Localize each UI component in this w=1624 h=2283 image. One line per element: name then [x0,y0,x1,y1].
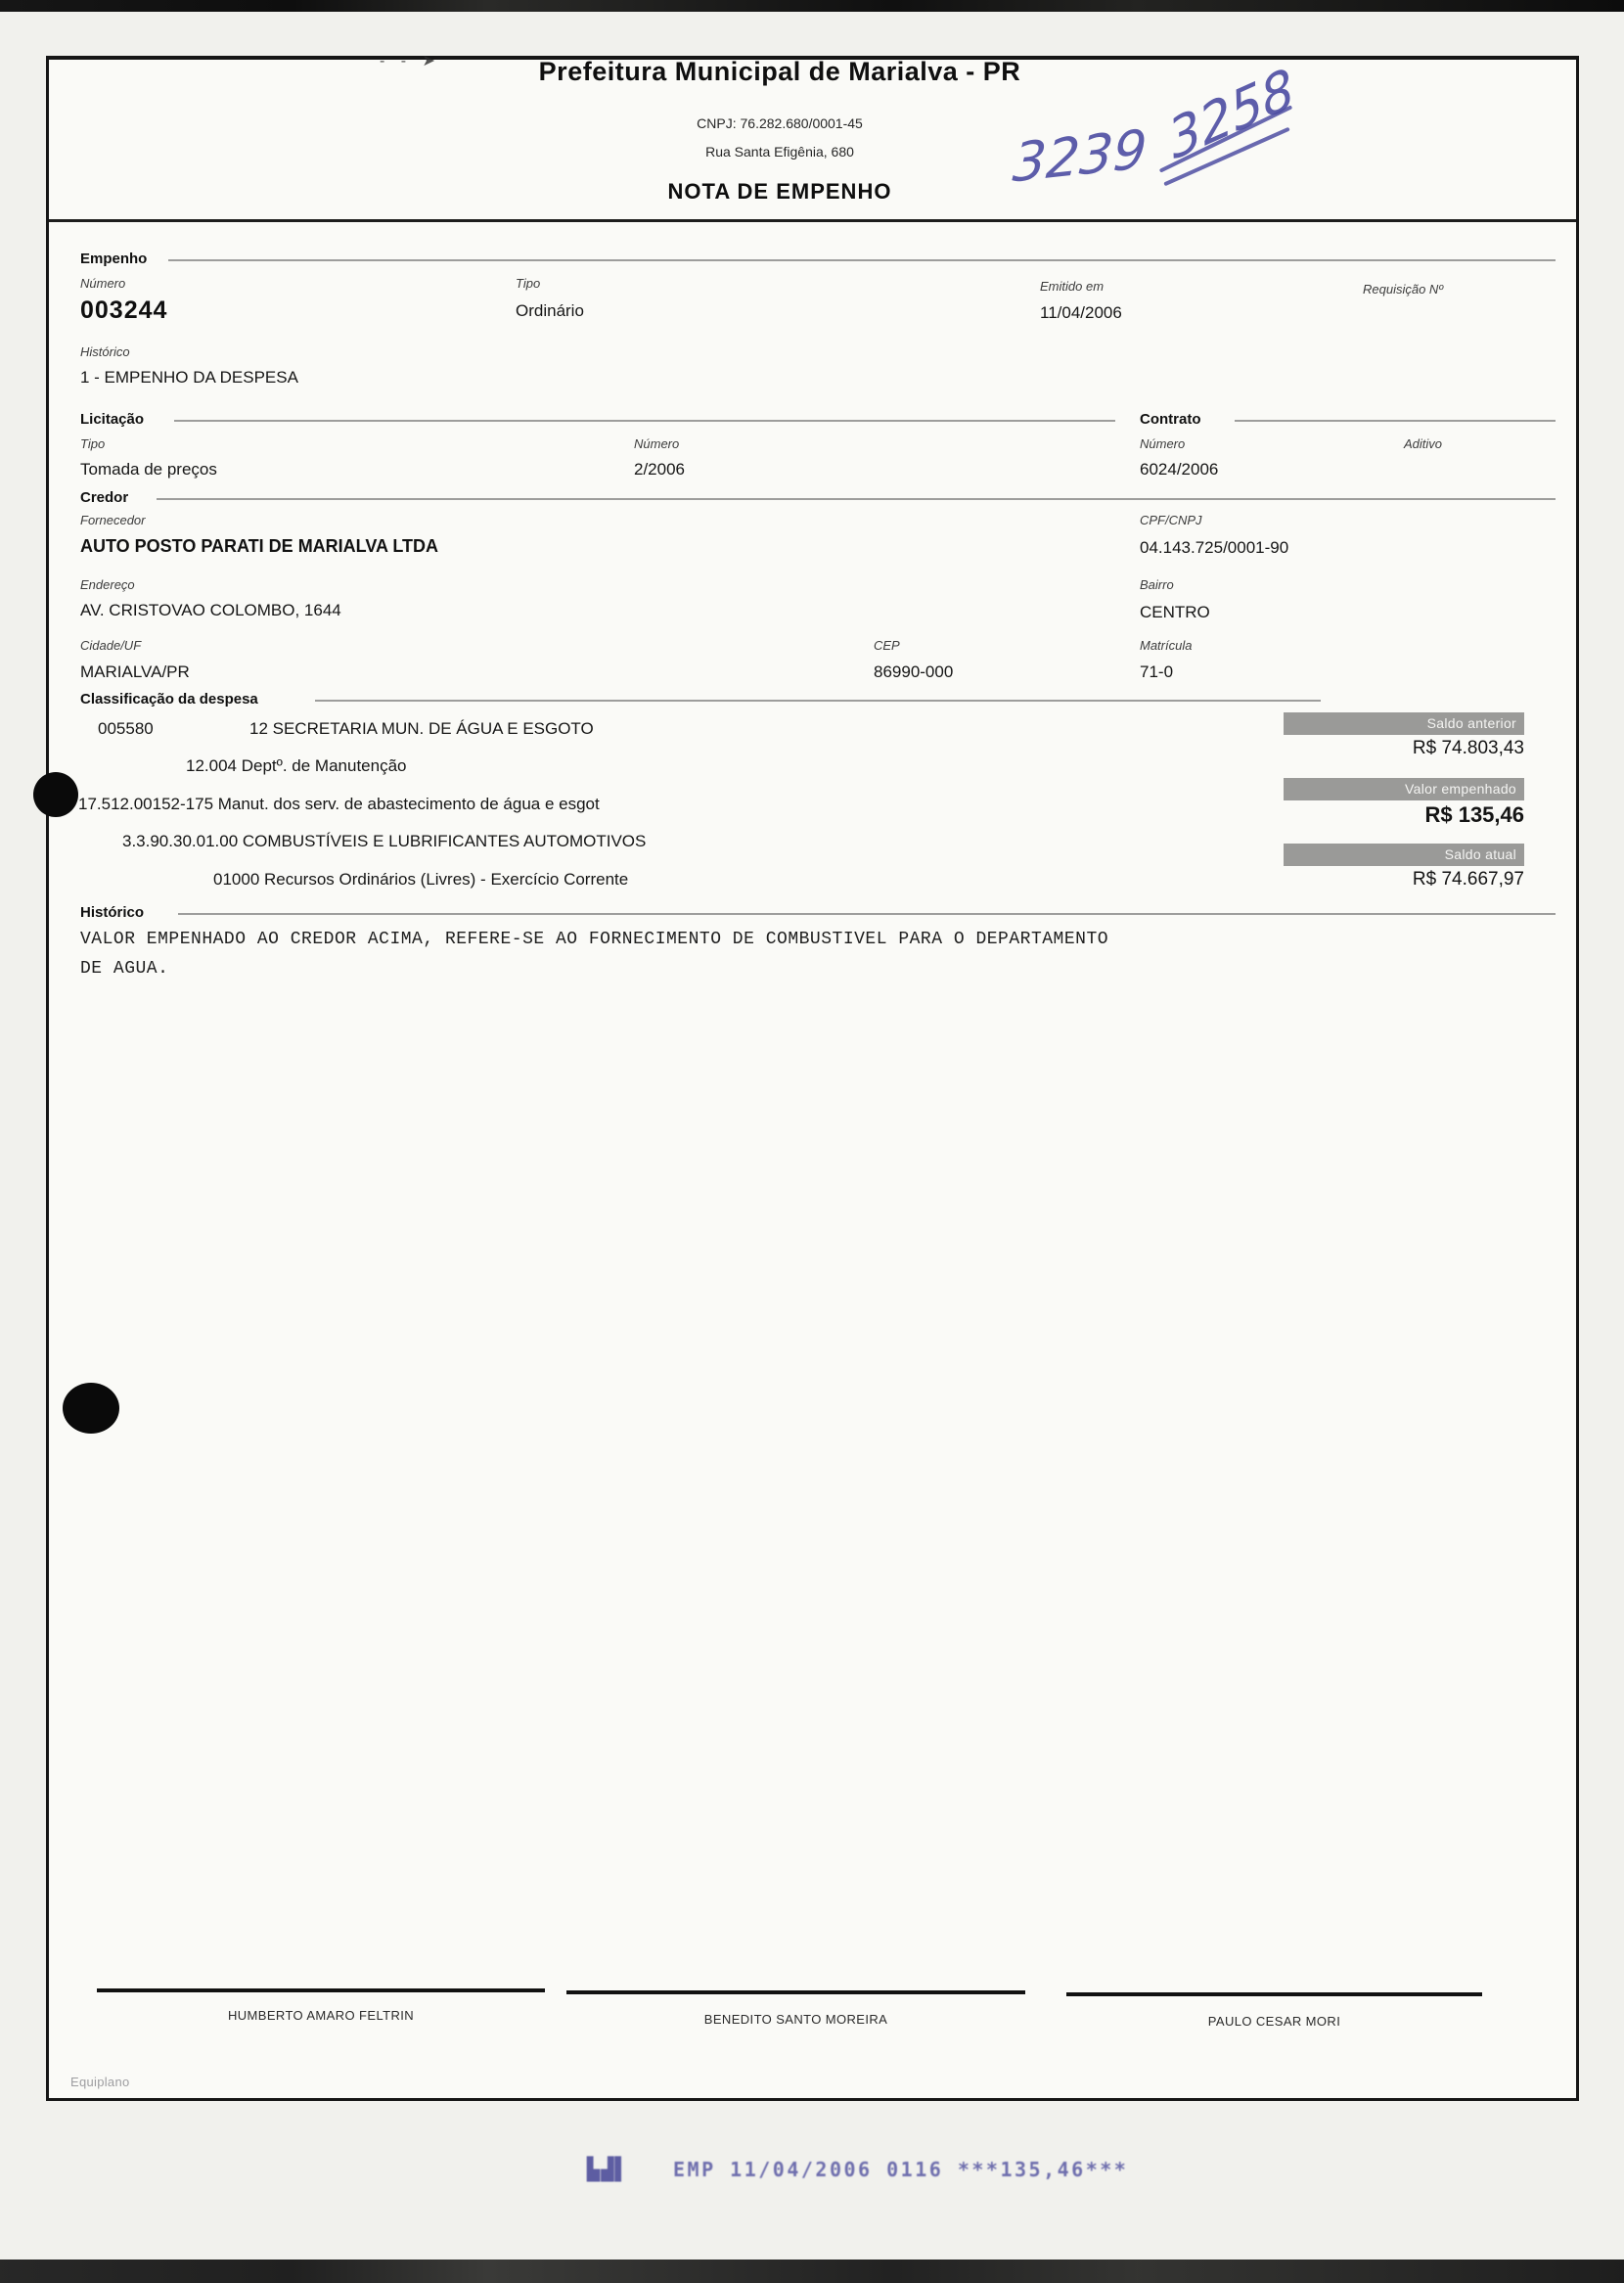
scan-edge-top [0,0,1624,12]
licitacao-tipo-value: Tomada de preços [80,460,217,479]
section-contrato: Contrato [1140,411,1201,428]
credor-matricula-label: Matrícula [1140,638,1192,653]
signature-line [97,1988,545,1992]
section-licitacao: Licitação [80,411,144,428]
punch-hole [63,1383,119,1434]
credor-endereco-value: AV. CRISTOVAO COLOMBO, 1644 [80,601,341,620]
credor-cidade-value: MARIALVA/PR [80,662,190,682]
document-type-title: NOTA DE EMPENHO [46,179,1513,205]
signature-name: PAULO CESAR MORI [1066,2014,1482,2029]
empenho-emitido-value: 11/04/2006 [1040,303,1122,323]
validation-stamp-text: EMP 11/04/2006 0116 ***135,46*** [673,2158,1128,2181]
contrato-numero-value: 6024/2006 [1140,460,1218,479]
section-historico: Histórico [80,904,144,921]
section-divider [178,913,1556,915]
classificacao-row: 12 SECRETARIA MUN. DE ÁGUA E ESGOTO [249,719,594,739]
signature-name: BENEDITO SANTO MOREIRA [566,2012,1025,2027]
software-vendor-label: Equiplano [70,2075,130,2089]
stamp-logo: ▙▟▌ [587,2158,629,2182]
licitacao-numero-value: 2/2006 [634,460,685,479]
saldo-atual-value: R$ 74.667,97 [1231,869,1524,890]
header-divider [49,219,1576,222]
credor-cep-label: CEP [874,638,900,653]
credor-cep-value: 86990-000 [874,662,953,682]
classificacao-row: 12.004 Deptº. de Manutenção [186,756,406,776]
document-border [46,56,1579,2101]
section-empenho: Empenho [80,251,147,267]
empenho-requisicao-label: Requisição Nº [1363,282,1443,297]
page-title: Prefeitura Municipal de Marialva - PR [46,57,1513,87]
empenho-historico-value: 1 - EMPENHO DA DESPESA [80,368,298,388]
section-divider [315,700,1321,702]
credor-cidade-label: Cidade/UF [80,638,141,653]
section-classificacao: Classificação da despesa [80,691,258,708]
empenho-historico-label: Histórico [80,344,130,359]
scan-edge-bottom [0,2260,1624,2283]
credor-endereco-label: Endereço [80,577,135,592]
licitacao-numero-label: Número [634,436,679,451]
contrato-aditivo-label: Aditivo [1404,436,1442,451]
saldo-anterior-value: R$ 74.803,43 [1231,738,1524,759]
header-address: Rua Santa Efigênia, 680 [46,144,1513,160]
credor-bairro-value: CENTRO [1140,603,1210,622]
saldo-anterior-bar: Saldo anterior [1284,712,1524,735]
classificacao-row: 17.512.00152-175 Manut. dos serv. de aba… [78,795,600,814]
signature-name: HUMBERTO AMARO FELTRIN [97,2008,545,2023]
signature-line [1066,1992,1482,1996]
licitacao-tipo-label: Tipo [80,436,105,451]
signature-line [566,1990,1025,1994]
classificacao-row: 3.3.90.30.01.00 COMBUSTÍVEIS E LUBRIFICA… [122,832,646,851]
credor-fornecedor-label: Fornecedor [80,513,145,527]
credor-matricula-value: 71-0 [1140,662,1173,682]
historico-text-line1: VALOR EMPENHADO AO CREDOR ACIMA, REFERE-… [80,930,1108,949]
section-divider [174,420,1115,422]
scanned-document-page: ‐ ‐ ➤ Prefeitura Municipal de Marialva -… [0,0,1624,2283]
empenho-numero-label: Número [80,276,125,291]
contrato-numero-label: Número [1140,436,1185,451]
historico-text-line2: DE AGUA. [80,959,168,979]
credor-cpf-label: CPF/CNPJ [1140,513,1202,527]
empenho-tipo-value: Ordinário [516,301,584,321]
credor-fornecedor-value: AUTO POSTO PARATI DE MARIALVA LTDA [80,536,438,557]
section-credor: Credor [80,489,128,506]
valor-empenhado-value: R$ 135,46 [1231,802,1524,828]
punch-hole [33,772,78,817]
credor-bairro-label: Bairro [1140,577,1174,592]
section-divider [168,259,1556,261]
empenho-tipo-label: Tipo [516,276,540,291]
section-divider [157,498,1556,500]
valor-empenhado-bar: Valor empenhado [1284,778,1524,800]
empenho-numero-value: 003244 [80,297,167,325]
empenho-emitido-label: Emitido em [1040,279,1104,294]
classificacao-row: 01000 Recursos Ordinários (Livres) - Exe… [213,870,628,890]
section-divider [1235,420,1556,422]
saldo-atual-bar: Saldo atual [1284,844,1524,866]
classificacao-row-code: 005580 [98,719,154,739]
credor-cpf-value: 04.143.725/0001-90 [1140,538,1288,558]
